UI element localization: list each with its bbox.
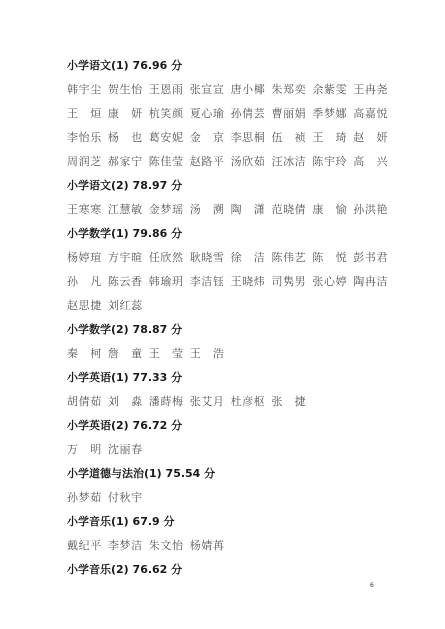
name-line: 韩宇尘 贺生怡 王恩雨 张宣宣 唐小椰 朱郑奕 余紫雯 王冉尧 (67, 78, 417, 102)
name-line: 孙 凡 陈云香 韩瑜玥 李洁钰 王晓炜 司隽男 张心婷 陶冉洁 (67, 270, 417, 294)
section-heading: 小学数学(2) 78.87 分 (67, 318, 417, 342)
section-math-2: 小学数学(2) 78.87 分 秦 柯 詹 童 王 莹 王 浩 (67, 318, 417, 366)
section-morality-law-1: 小学道德与法治(1) 75.54 分 孙梦茹 付秋宇 (67, 462, 417, 510)
section-english-2: 小学英语(2) 76.72 分 万 明 沈丽春 (67, 414, 417, 462)
name-list: 秦 柯 詹 童 王 莹 王 浩 (67, 342, 417, 366)
section-math-1: 小学数学(1) 79.86 分 杨婷瑄 方宇暄 任欣然 耿晓雪 徐 洁 陈伟艺 … (67, 222, 417, 318)
section-heading: 小学语文(1) 76.96 分 (67, 54, 417, 78)
name-line: 孙梦茹 付秋宇 (67, 486, 417, 510)
name-line: 王 烜 康 妍 杭笑颜 夏心瑜 孙倩芸 曹丽娟 季梦娜 高嘉悦 (67, 102, 417, 126)
name-line: 李怡乐 杨 也 葛安妮 金 京 李思桐 伍 祯 王 琦 赵 妍 (67, 126, 417, 150)
section-chinese-2: 小学语文(2) 78.97 分 王寒寒 江慧敏 金梦瑶 汤 溯 陶 潇 范晓倩 … (67, 174, 417, 222)
name-list: 孙梦茹 付秋宇 (67, 486, 417, 510)
page-number: 6 (370, 582, 374, 589)
section-music-2: 小学音乐(2) 76.62 分 (67, 558, 417, 582)
name-line: 秦 柯 詹 童 王 莹 王 浩 (67, 342, 417, 366)
section-heading: 小学英语(1) 77.33 分 (67, 366, 417, 390)
name-list: 万 明 沈丽春 (67, 438, 417, 462)
name-list: 王寒寒 江慧敏 金梦瑶 汤 溯 陶 潇 范晓倩 康 愉 孙洪艳 (67, 198, 417, 222)
section-music-1: 小学音乐(1) 67.9 分 戴纪平 李梦洁 朱文怡 杨婧苒 (67, 510, 417, 558)
name-line: 万 明 沈丽春 (67, 438, 417, 462)
section-heading: 小学音乐(2) 76.62 分 (67, 558, 417, 582)
name-line: 周润芝 郝家宁 陈佳莹 赵路平 汤欣茹 汪冰洁 陈宇玲 高 兴 (67, 150, 417, 174)
section-heading: 小学音乐(1) 67.9 分 (67, 510, 417, 534)
section-heading: 小学语文(2) 78.97 分 (67, 174, 417, 198)
section-heading: 小学数学(1) 79.86 分 (67, 222, 417, 246)
document-page: 小学语文(1) 76.96 分 韩宇尘 贺生怡 王恩雨 张宣宣 唐小椰 朱郑奕 … (67, 54, 417, 582)
name-line: 胡倩茹 刘 淼 潘蒔梅 张艾月 杜彦枢 张 捷 (67, 390, 417, 414)
name-list: 戴纪平 李梦洁 朱文怡 杨婧苒 (67, 534, 417, 558)
section-heading: 小学英语(2) 76.72 分 (67, 414, 417, 438)
section-chinese-1: 小学语文(1) 76.96 分 韩宇尘 贺生怡 王恩雨 张宣宣 唐小椰 朱郑奕 … (67, 54, 417, 174)
section-heading: 小学道德与法治(1) 75.54 分 (67, 462, 417, 486)
name-list: 杨婷瑄 方宇暄 任欣然 耿晓雪 徐 洁 陈伟艺 陈 悦 彭书君 孙 凡 陈云香 … (67, 246, 417, 318)
name-line: 戴纪平 李梦洁 朱文怡 杨婧苒 (67, 534, 417, 558)
name-list: 韩宇尘 贺生怡 王恩雨 张宣宣 唐小椰 朱郑奕 余紫雯 王冉尧 王 烜 康 妍 … (67, 78, 417, 174)
name-list: 胡倩茹 刘 淼 潘蒔梅 张艾月 杜彦枢 张 捷 (67, 390, 417, 414)
name-line: 王寒寒 江慧敏 金梦瑶 汤 溯 陶 潇 范晓倩 康 愉 孙洪艳 (67, 198, 417, 222)
name-line: 赵思捷 刘红蕊 (67, 294, 417, 318)
section-english-1: 小学英语(1) 77.33 分 胡倩茹 刘 淼 潘蒔梅 张艾月 杜彦枢 张 捷 (67, 366, 417, 414)
name-line: 杨婷瑄 方宇暄 任欣然 耿晓雪 徐 洁 陈伟艺 陈 悦 彭书君 (67, 246, 417, 270)
